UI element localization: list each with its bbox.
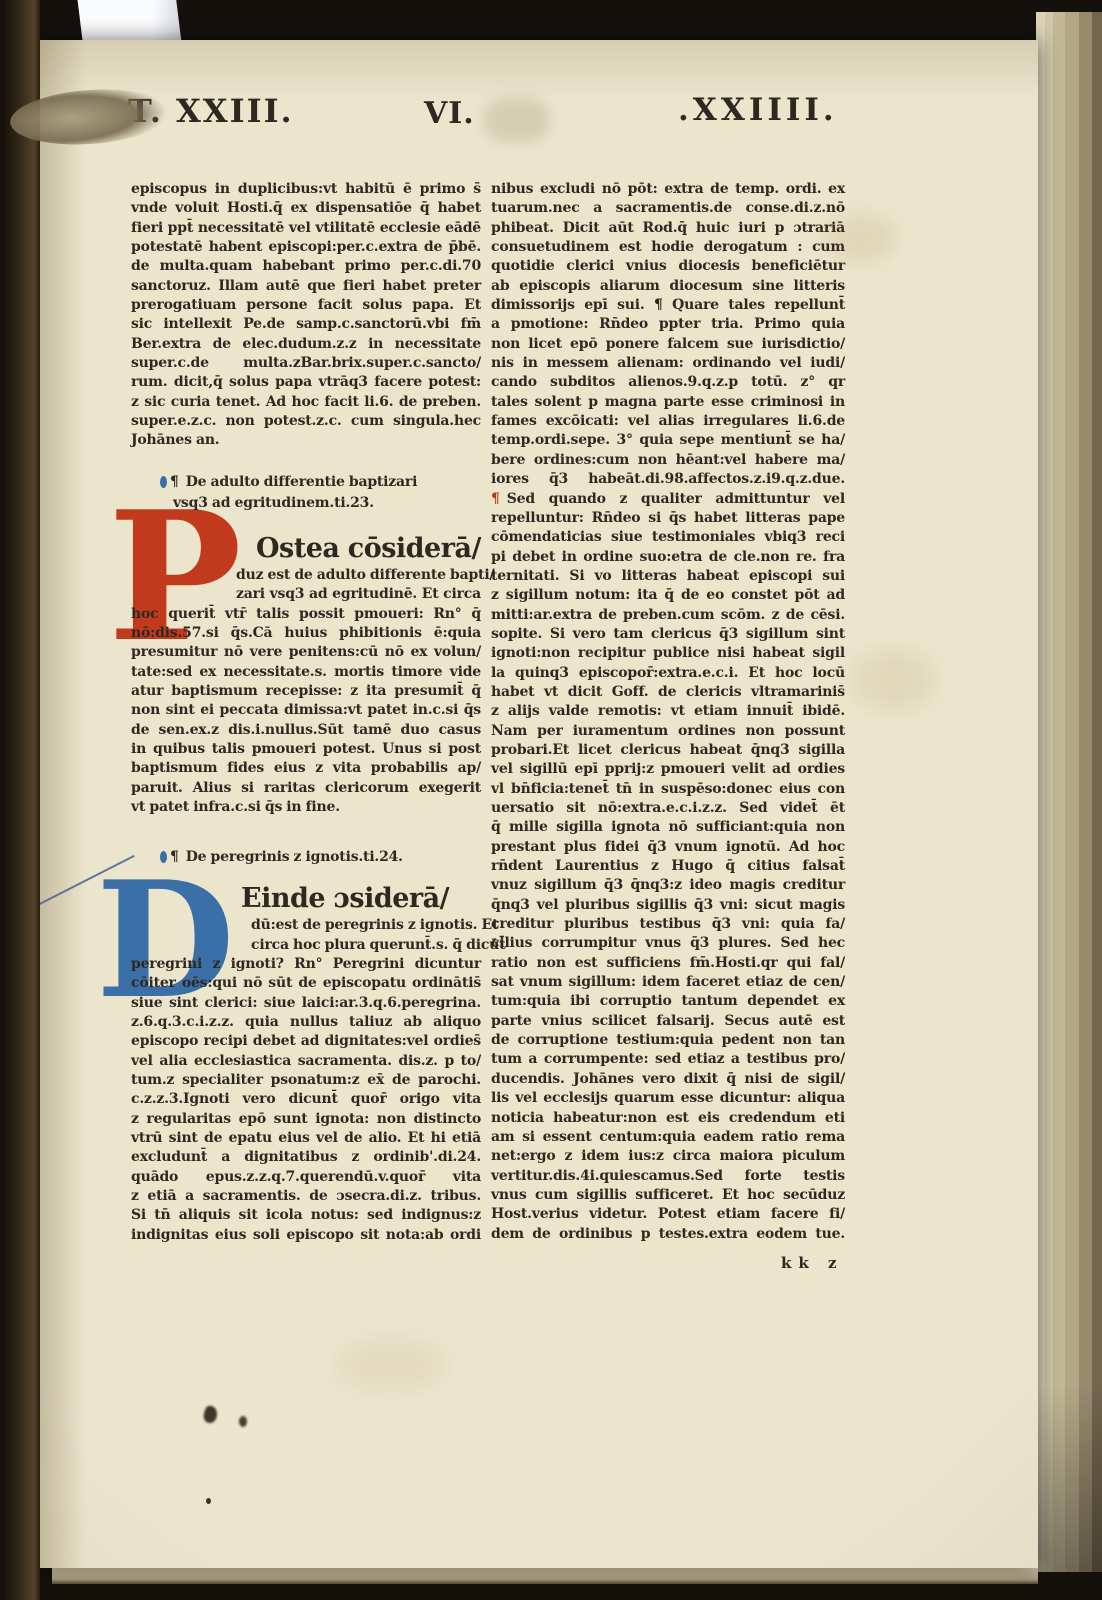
- text-line: ratio non est sufficiens fm̄.Hosti.qr qu…: [491, 954, 845, 973]
- text-line: lis vel ecclesijs quarum esse dicuntur: …: [491, 1089, 845, 1108]
- text-line: Einde ɔsiderā/: [131, 883, 481, 916]
- text-line: nis in messem alienam: ordinando vel iud…: [491, 354, 845, 373]
- text-line: siue sint clerici: siue laici:ar.3.q.6.p…: [131, 994, 481, 1013]
- text-line: presumitur nō vere penitens:cū nō ex vol…: [131, 643, 481, 662]
- text-line: quotidie clerici vnius diocesis benefici…: [491, 257, 845, 276]
- paragraph: Ostea cōsiderā/duz est de adulto differe…: [131, 533, 481, 817]
- quire-signature: kk z: [781, 1254, 844, 1272]
- folio-number-center: VI.: [424, 96, 475, 131]
- text-line: peregrini z ignoti? Rn° Peregrini dicunt…: [131, 955, 481, 974]
- text-line: cōmendaticias siue testimoniales vbiq3 r…: [491, 528, 845, 547]
- text-line: sopite. Si vero tam clericus q̄3 sigillu…: [491, 625, 845, 644]
- text-line: z.6.q.3.c.i.z.z. quia nullus taliuz ab a…: [131, 1013, 481, 1032]
- text-line: bere ordines:cum non hēant:vel habere ma…: [491, 451, 845, 470]
- book-page: T. XXIII. VI. .XXIIII. P D episcopus in …: [36, 40, 1038, 1568]
- text-line: q̄nq3 vel pluribus sigillis q̄3 vni: sic…: [491, 896, 845, 915]
- text-line: cando subditos alienos.9.q.z.p totū. z° …: [491, 373, 845, 392]
- text-line: sat vnum sigillum: idem faceret etiaz de…: [491, 973, 845, 992]
- text-line: quādo epus.z.z.q.7.querendū.v.quor̄ vita: [131, 1168, 481, 1187]
- book-photo: T. XXIII. VI. .XXIIII. P D episcopus in …: [0, 0, 1102, 1600]
- text-line: prestant plus fidei q̄3 vnum ignotū. Ad …: [491, 838, 845, 857]
- foxing-stain: [336, 1340, 446, 1390]
- text-line: am si essent centum:quia eadem ratio rem…: [491, 1128, 845, 1147]
- text-line: nibus excludi nō pōt: extra de temp. ord…: [491, 180, 845, 199]
- text-line: ¶De peregrinis z ignotis.ti.24.: [131, 847, 481, 868]
- text-line: dimissorijs epī sui. ¶ Quare tales repel…: [491, 296, 845, 315]
- paragraph: episcopus in duplicibus:vt habitū ē prim…: [131, 180, 481, 451]
- text-line: tum.z specialiter psonatum:z ex̄ de paro…: [131, 1071, 481, 1090]
- text-line: tales solent p magna parte esse criminos…: [491, 393, 845, 412]
- text-line: potestatē habent episcopi:per.c.extra de…: [131, 238, 481, 257]
- text-line: z sigillum notum: ita q̄ de eo constet p…: [491, 586, 845, 605]
- text-line: vnus cum sigillis sufficeret. Et hoc sec…: [491, 1186, 845, 1205]
- text-line: uersatio sit nō:extra.e.c.i.z.z. Sed vid…: [491, 799, 845, 818]
- text-line: de multa.quam habebant primo per.c.di.70: [131, 257, 481, 276]
- text-line: Nam per iuramentum ordines non possunt: [491, 722, 845, 741]
- text-line: baptismum fides eius z vita probabilis a…: [131, 759, 481, 778]
- text-line: excludunt̄ a dignitatibus z ordinib'.di.…: [131, 1148, 481, 1167]
- pilcrow-mark: ¶: [170, 472, 179, 493]
- text-line: vl bn̄ficia:tenet̄ tn̄ in suspēso:donec …: [491, 780, 845, 799]
- text-line: vel alia ecclesiastica sacramenta. dis.z…: [131, 1052, 481, 1071]
- text-line: z etiā a sacramentis. de ɔsecra.di.z. tr…: [131, 1187, 481, 1206]
- text-line: rum. dicit,q̄ solus papa vtrāq3 facere p…: [131, 373, 481, 392]
- text-line: repelluntur: Rn̄deo si q̄s habet littera…: [491, 509, 845, 528]
- text-column-left: episcopus in duplicibus:vt habitū ē prim…: [131, 180, 481, 1245]
- text-line: ¶De adulto differentie baptizari: [131, 472, 481, 493]
- text-line: tuarum.nec a sacramentis.de conse.di.z.n…: [491, 199, 845, 218]
- binding-spine-edge: [0, 0, 40, 1600]
- text-line: pi debet in ordine suo:etra de cle.non r…: [491, 548, 845, 567]
- text-line: vel sigillū epī pprij:z pmoueri velit ad…: [491, 760, 845, 779]
- text-line: a pmotione: Rn̄deo ppter tria. Primo qui…: [491, 315, 845, 334]
- text-line: super.c.de multa.zBar.brix.super.c.sanct…: [131, 354, 481, 373]
- text-line: non licet epō ponere falcem sue iurisdic…: [491, 335, 845, 354]
- text-line: Johānes an.: [131, 431, 481, 450]
- paragraph: Einde ɔsiderā/dū:est de peregrinis z ign…: [131, 883, 481, 1245]
- text-line: ab episcopis aliarum diocesum sine litte…: [491, 277, 845, 296]
- text-line: circa hoc plura querunt̄.s. q̄ dicūt̄: [131, 936, 481, 955]
- text-line: Ostea cōsiderā/: [131, 533, 481, 566]
- text-column-right: nibus excludi nō pōt: extra de temp. ord…: [491, 180, 845, 1244]
- text-line: indignitas eius soli episcopo sit nota:a…: [131, 1226, 481, 1245]
- ink-bleedthrough: [484, 98, 550, 142]
- text-line: vertitur.dis.4i.quiescamus.Sed forte tes…: [491, 1167, 845, 1186]
- text-line: fames excōicati: vel alias irregulares l…: [491, 412, 845, 431]
- text-line: tate:sed ex necessitate.s. mortis timore…: [131, 663, 481, 682]
- ink-smudge: [202, 1405, 219, 1425]
- text-line: zari vsq3 ad egritudinē. Et circa: [131, 585, 481, 604]
- text-line: rn̄dent Laurentius z Hugo q̄ citius fals…: [491, 857, 845, 876]
- text-line: vnde voluit Hosti.q̄ ex dispensatiōe q̄ …: [131, 199, 481, 218]
- text-line: tum a corrumpente: sed etiaz a testibus …: [491, 1050, 845, 1069]
- text-line: tum:quia ibi corruptio tantum dependet e…: [491, 992, 845, 1011]
- text-line: dem de ordinibus p testes.extra eodem tu…: [491, 1225, 845, 1244]
- text-line: probari.Et licet clericus habeat q̄nq3 s…: [491, 741, 845, 760]
- page-stack-fore-edge: [1036, 12, 1102, 1572]
- text-line: phibeat. Dicit aūt Rod.q̄ huic iuri p ɔt…: [491, 219, 845, 238]
- text-line: hoc querit̄ vtr̄ talis possit pmoueri: R…: [131, 605, 481, 624]
- text-line: in quibus talis pmoueri potest. Unus si …: [131, 740, 481, 759]
- text-line: q̄ mille sigilla ignota nō sufficiant:qu…: [491, 818, 845, 837]
- text-line: duz est de adulto differente bapti/: [131, 566, 481, 585]
- text-line: nō:dis.57.si q̄s.Cā huius phibitionis ē:…: [131, 624, 481, 643]
- text-line: habet vt dicit Goff. de clericis vltrama…: [491, 683, 845, 702]
- text-line: mitti:ar.extra de preben.cum scōm. z de …: [491, 606, 845, 625]
- text-line: ignoti:non recipitur publice nisi habeat…: [491, 644, 845, 663]
- paragraph: nibus excludi nō pōt: extra de temp. ord…: [491, 180, 845, 1244]
- pilcrow-mark: ¶: [491, 490, 500, 509]
- text-line: vnuz sigillum q̄3 q̄nq3:z ideo magis cre…: [491, 876, 845, 895]
- text-line: episcopo recipi debet ad dignitates:vel …: [131, 1032, 481, 1051]
- text-line: episcopus in duplicibus:vt habitū ē prim…: [131, 180, 481, 199]
- text-line: Si tn̄ aliquis sit icola notus: sed indi…: [131, 1206, 481, 1225]
- text-line: creditur pluribus testibus q̄3 vni: quia…: [491, 915, 845, 934]
- text-line: z regularitas epō sunt ignota: non disti…: [131, 1110, 481, 1129]
- text-line: z sic curia tenet. Ad hoc facit li.6. de…: [131, 393, 481, 412]
- text-line: fieri ppt̄ necessitatē vel vtilitatē ecc…: [131, 219, 481, 238]
- text-line: ¶Sed quando z qualiter admittuntur vel: [491, 490, 845, 509]
- text-line: prerogatiuam persone facit solus papa. E…: [131, 296, 481, 315]
- text-line: la quinq3 episcopor̄:extra.e.c.i. Et hoc…: [491, 664, 845, 683]
- text-line: non sint ei peccata dimissa:vt patet in.…: [131, 701, 481, 720]
- foxing-stain: [851, 650, 936, 710]
- text-line: vtrū sint de epatu eius vel de alio. Et …: [131, 1129, 481, 1148]
- ink-smudge: [239, 1416, 247, 1427]
- text-line: vt patet infra.c.si q̄s in fine.: [131, 798, 481, 817]
- text-line: cōiter oēs:qui nō sūt de episcopatu ordi…: [131, 974, 481, 993]
- text-line: super.e.z.c. non potest.z.c. cum singula…: [131, 412, 481, 431]
- text-line: parte vnius scilicet falsarij. Secus aut…: [491, 1012, 845, 1031]
- text-line: cilius corrumpitur vnus q̄3 plures. Sed …: [491, 934, 845, 953]
- text-line: paruit. Alius si raritas clericorum exeg…: [131, 779, 481, 798]
- text-line: temp.ordi.sepe. 3° quia sepe mentiunt̄ s…: [491, 431, 845, 450]
- text-line: z alijs valde remotis: vt etiam innuit̄ …: [491, 702, 845, 721]
- chapter-heading: ¶De peregrinis z ignotis.ti.24.: [131, 847, 481, 868]
- text-line: ternitati. Si vo litteras habeat episcop…: [491, 567, 845, 586]
- text-line: ducendis. Johānes vero dixit q̄ nisi de …: [491, 1070, 845, 1089]
- text-line: vsq3 ad egritudinem.ti.23.: [131, 493, 481, 514]
- text-line: atur baptismum recepisse: z ita presumit…: [131, 682, 481, 701]
- text-line: iores q̄3 habeāt.di.98.affectos.z.i9.q.z…: [491, 470, 845, 489]
- text-line: Ber.extra de elec.dudum.z.z in necessita…: [131, 335, 481, 354]
- chapter-heading: ¶De adulto differentie baptizarivsq3 ad …: [131, 472, 481, 514]
- text-line: net:ergo z idem ius:z circa maiora picul…: [491, 1147, 845, 1166]
- pilcrow-mark: ¶: [170, 847, 179, 868]
- text-line: noticia habeatur:non est eis credendum e…: [491, 1109, 845, 1128]
- text-line: consuetudinem est hodie derogatum : cum: [491, 238, 845, 257]
- page-stack-bottom-edge: [52, 1568, 1038, 1584]
- text-line: de corruptione testium:quia pedent non t…: [491, 1031, 845, 1050]
- text-line: Host.verius videtur. Potest etiam facere…: [491, 1205, 845, 1224]
- text-line: sanctoruz. Illam autē que fieri habet pr…: [131, 277, 481, 296]
- text-line: de sen.ex.z dis.i.nullus.Sūt tamē duo ca…: [131, 721, 481, 740]
- ink-dot: [206, 1498, 211, 1504]
- text-line: c.z.z.3.Ignoti vero dicunt̄ quor̄ origo …: [131, 1090, 481, 1109]
- text-line: dū:est de peregrinis z ignotis. Et: [131, 916, 481, 935]
- text-line: sic intellexit Pe.de samp.c.sanctorū.vbi…: [131, 315, 481, 334]
- folio-number-right: .XXIIII.: [678, 92, 838, 128]
